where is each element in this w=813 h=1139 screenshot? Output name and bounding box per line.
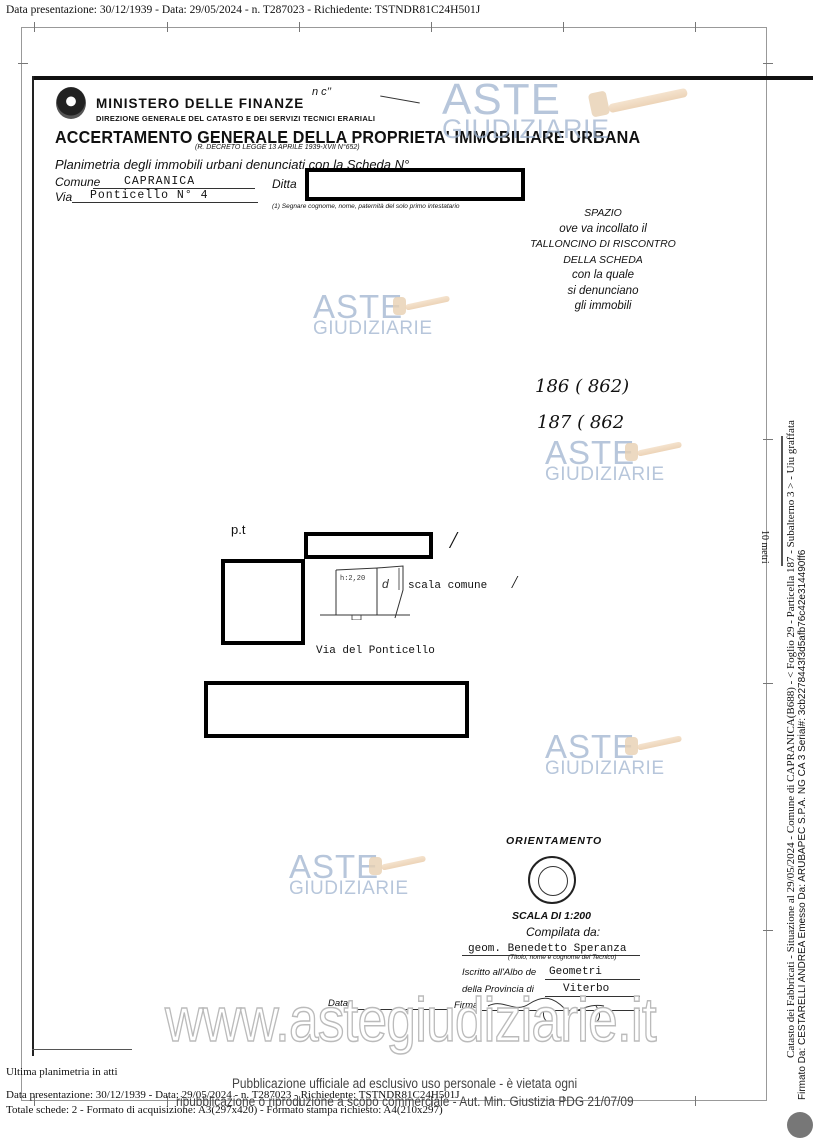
albo-line <box>545 979 640 980</box>
albo-label: Iscritto all'Albo de <box>462 967 536 978</box>
watermark-giudiziarie: GIUDIZIARIE <box>289 879 409 898</box>
publication-notice-2: ripubblicazione o riproduzione a scopo c… <box>176 1094 634 1109</box>
via-label: Via <box>55 190 72 204</box>
publication-notice-1: Pubblicazione ufficiale ad esclusivo uso… <box>232 1076 577 1091</box>
floor-plan-drawing: h:2,20 d <box>320 560 410 620</box>
frame-tick <box>763 63 773 64</box>
frame-tick <box>18 63 28 64</box>
frame-tick <box>34 22 35 32</box>
street-label: Via del Ponticello <box>316 645 435 657</box>
svg-text:d: d <box>382 577 389 591</box>
gavel-icon <box>625 737 638 755</box>
header-line: Data presentazione: 30/12/1939 - Data: 2… <box>6 4 480 16</box>
scale-bar-label: 10 metri <box>759 530 770 564</box>
compiler-sub: (Titolo, nome e cognome del Tecnico) <box>508 954 616 961</box>
document-left-border <box>32 76 34 1056</box>
gavel-icon <box>369 857 382 875</box>
via-value: Ponticello N° 4 <box>90 189 209 202</box>
redacted-block <box>221 559 305 645</box>
footnote: (1) Segnare cognome, nome, paternità del… <box>272 203 460 210</box>
frame-tick <box>695 22 696 32</box>
frame-tick <box>763 930 773 931</box>
frame-tick <box>167 22 168 32</box>
document-top-border <box>32 76 813 80</box>
room-height: h:2,20 <box>340 575 365 583</box>
spazio-line: DELLA SCHEDA <box>528 253 678 269</box>
frame-tick <box>563 22 564 32</box>
spazio-line: TALLONCINO DI RISCONTRO <box>528 237 678 253</box>
decree-reference: (R. DECRETO LEGGE 13 APRILE 1939-XVII N°… <box>195 144 360 151</box>
frame-tick <box>299 22 300 32</box>
handwritten-ref-2: 187 ( 862 <box>537 412 624 433</box>
scale-label: SCALA DI 1:200 <box>512 910 591 922</box>
spazio-line: con la quale <box>528 268 678 284</box>
orientamento-label: ORIENTAMENTO <box>506 835 602 847</box>
spazio-line: gli immobili <box>528 299 678 315</box>
albo-value: Geometri <box>549 966 602 978</box>
republic-emblem-icon <box>56 87 86 119</box>
frame-tick <box>763 683 773 684</box>
compass-icon <box>528 856 576 904</box>
handwritten-note: n c’’ <box>312 86 331 98</box>
gavel-icon <box>625 443 638 461</box>
comune-value: CAPRANICA <box>124 175 195 188</box>
spazio-line: ove va incollato il <box>528 222 678 238</box>
redacted-block <box>204 681 469 738</box>
watermark-giudiziarie: GIUDIZIARIE <box>545 465 665 484</box>
ditta-label: Ditta <box>272 177 297 191</box>
firmato-sidebar: Firmato Da: CESTARELLI ANDREA Emesso Da:… <box>797 550 808 1100</box>
compilata-label: Compilata da: <box>526 925 600 939</box>
document-bottom-border <box>32 1049 132 1050</box>
aste-watermark: ASTE GIUDIZIARIE <box>545 730 665 778</box>
spazio-note: SPAZIO ove va incollato il TALLONCINO DI… <box>528 206 678 315</box>
floor-label: p.t <box>231 522 245 537</box>
aste-watermark: ASTE GIUDIZIARIE <box>289 850 409 898</box>
ministry-title: MINISTERO DELLE FINANZE <box>96 96 304 111</box>
catasto-sidebar: Catasto dei Fabbricati - Situazione al 2… <box>785 420 797 1058</box>
gavel-icon <box>393 297 406 315</box>
ultima-planimetria: Ultima planimetria in atti <box>6 1066 118 1078</box>
comune-label: Comune <box>55 175 100 189</box>
aste-watermark: ASTE GIUDIZIARIE <box>313 290 433 338</box>
redacted-owner <box>305 168 525 201</box>
stair-label: scala comune <box>408 580 487 592</box>
handwritten-mark: / <box>512 572 517 593</box>
frame-tick <box>431 22 432 32</box>
frame-tick <box>695 1096 696 1106</box>
via-field-line <box>72 202 258 203</box>
handwritten-ref-1: 186 ( 862) <box>535 376 629 397</box>
watermark-giudiziarie: GIUDIZIARIE <box>313 319 433 338</box>
spazio-line: SPAZIO <box>528 206 678 222</box>
watermark-giudiziarie: GIUDIZIARIE <box>442 116 610 143</box>
spazio-line: si denunciano <box>528 284 678 300</box>
handwritten-mark: / <box>450 528 457 555</box>
site-watermark: www.astegiudiziarie.it <box>165 985 656 1056</box>
digital-seal-icon <box>787 1112 813 1138</box>
redacted-block <box>304 532 433 559</box>
aste-watermark: ASTE GIUDIZIARIE <box>545 436 665 484</box>
direction-title: DIREZIONE GENERALE DEL CATASTO E DEI SER… <box>96 114 375 123</box>
frame-tick <box>763 439 773 440</box>
aste-watermark: ASTE GIUDIZIARIE <box>442 78 610 143</box>
watermark-giudiziarie: GIUDIZIARIE <box>545 759 665 778</box>
scale-bar <box>781 436 783 566</box>
